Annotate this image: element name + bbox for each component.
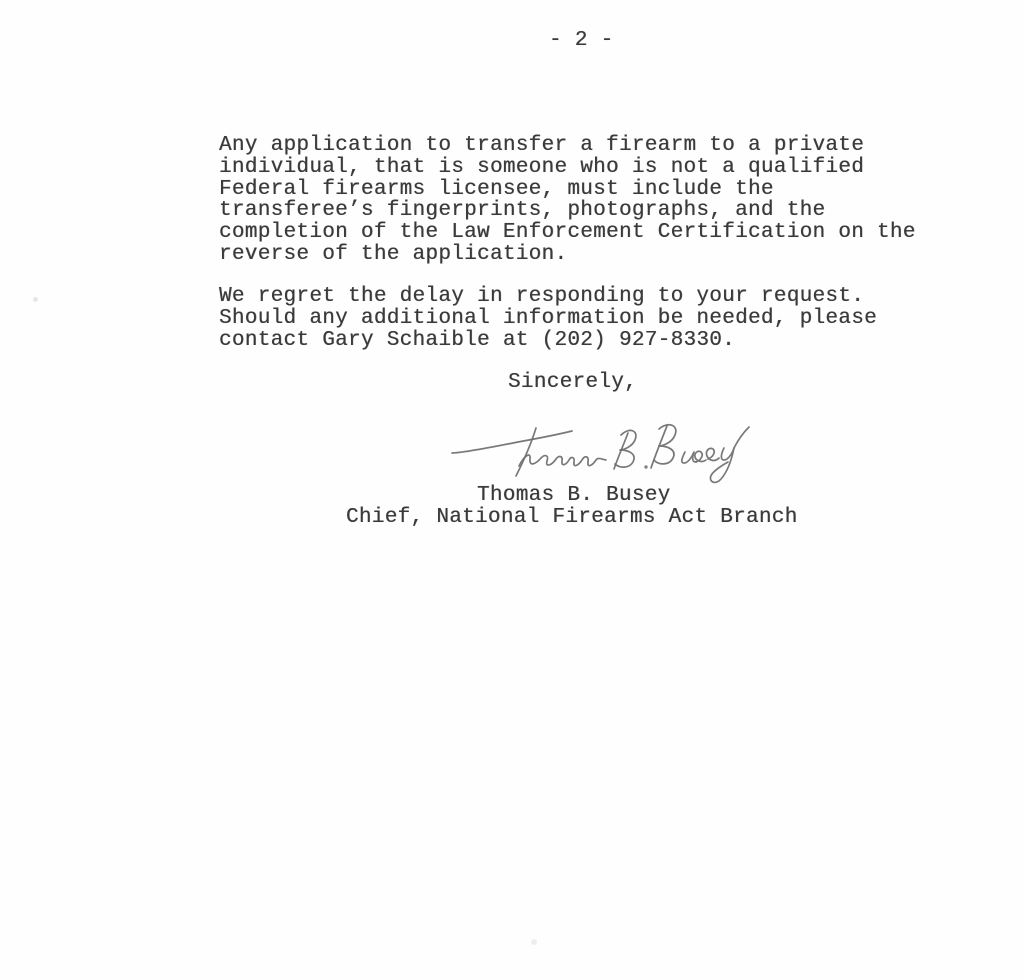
page-number: - 2 - xyxy=(549,30,614,52)
scanned-letter-page: - 2 - Any application to transfer a fire… xyxy=(0,0,1024,980)
scan-artifact-speck xyxy=(531,939,537,945)
signature-ink-strokes xyxy=(448,410,752,492)
scan-artifact-speck xyxy=(33,297,38,302)
handwritten-signature xyxy=(448,410,752,492)
body-paragraph-1: Any application to transfer a firearm to… xyxy=(219,135,916,266)
signer-typed-name: Thomas B. Busey xyxy=(477,485,671,507)
closing-salutation: Sincerely, xyxy=(508,372,637,394)
body-paragraph-2: We regret the delay in responding to you… xyxy=(219,286,877,351)
signer-title: Chief, National Firearms Act Branch xyxy=(346,507,798,529)
